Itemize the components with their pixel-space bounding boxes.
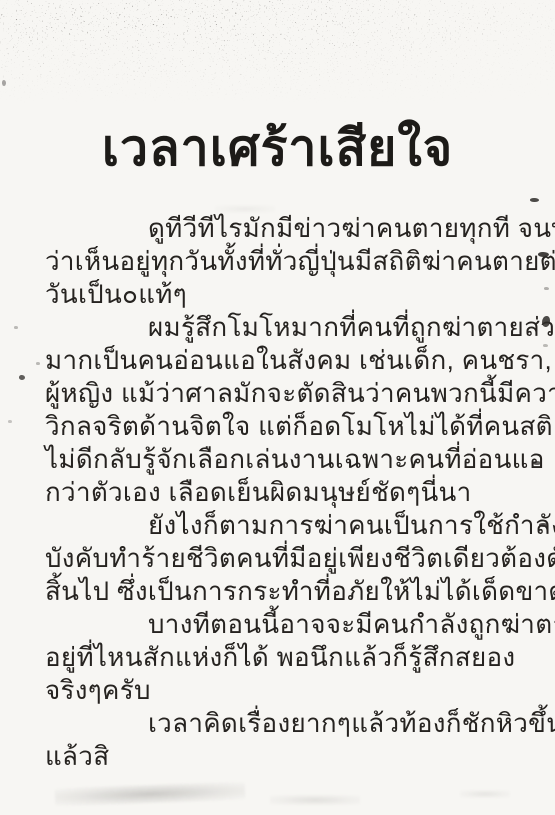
text-line: แล้วสิ	[45, 740, 515, 773]
text-line: เวลาคิดเรื่องยากๆแล้วท้องก็ชักหิวขึ้นมา	[45, 707, 515, 740]
paragraph: ยังไงก็ตามการฆ่าคนเป็นการใช้กำลัง บังคับ…	[45, 509, 515, 608]
text-line: บางทีตอนนี้อาจจะมีคนกำลังถูกฆ่าตาย	[45, 608, 515, 641]
text-line: วันเป็น๐แท้ๆ	[45, 278, 515, 311]
scan-speck	[544, 287, 549, 290]
scan-smudge	[270, 795, 360, 805]
scan-smudge	[460, 790, 510, 798]
scan-smudge	[55, 782, 246, 807]
text-line: บังคับทำร้ายชีวิตคนที่มีอยู่เพียงชีวิตเด…	[45, 542, 515, 575]
body-text-block: ดูทีวีทีไรมักมีข่าวฆ่าคนตายทุกที จนพูดได…	[45, 212, 515, 773]
scan-speck	[2, 80, 6, 86]
scanned-book-page: เวลาเศร้าเสียใจ ดูทีวีทีไรมักมีข่าวฆ่าคน…	[0, 0, 555, 815]
text-line: จริงๆครับ	[45, 674, 515, 707]
scan-speck	[530, 198, 539, 202]
scan-speck	[14, 326, 18, 329]
scan-speck	[36, 362, 40, 365]
scan-noise-texture	[0, 0, 555, 130]
paragraph: ดูทีวีทีไรมักมีข่าวฆ่าคนตายทุกที จนพูดได…	[45, 212, 515, 311]
paragraph: บางทีตอนนี้อาจจะมีคนกำลังถูกฆ่าตาย อยู่ท…	[45, 608, 515, 707]
scan-speck	[19, 375, 25, 380]
text-line: ยังไงก็ตามการฆ่าคนเป็นการใช้กำลัง	[45, 509, 515, 542]
text-line: อยู่ที่ไหนสักแห่งก็ได้ พอนึกแล้วก็รู้สึก…	[45, 641, 515, 674]
paragraph: ผมรู้สึกโมโหมากที่คนที่ถูกฆ่าตายส่วน มาก…	[45, 311, 515, 509]
text-line: กว่าตัวเอง เลือดเย็นผิดมนุษย์ชัดๆนี่นา	[45, 476, 515, 509]
text-line: ดูทีวีทีไรมักมีข่าวฆ่าคนตายทุกที จนพูดได…	[45, 212, 515, 245]
chapter-title: เวลาเศร้าเสียใจ	[0, 112, 555, 184]
scan-speck	[8, 420, 12, 423]
text-line: ไม่ดีกลับรู้จักเลือกเล่นงานเฉพาะคนที่อ่อ…	[45, 443, 515, 476]
paragraph: เวลาคิดเรื่องยากๆแล้วท้องก็ชักหิวขึ้นมา …	[45, 707, 515, 773]
text-line: ผมรู้สึกโมโหมากที่คนที่ถูกฆ่าตายส่วน	[45, 311, 515, 344]
text-line: สิ้นไป ซึ่งเป็นการกระทำที่อภัยให้ไม่ได้เ…	[45, 575, 515, 608]
text-line: วิกลจริตด้านจิตใจ แต่ก็อดโมโหไม่ได้ที่คน…	[45, 410, 515, 443]
text-line: ผู้หญิง แม้ว่าศาลมักจะตัดสินว่าคนพวกนี้ม…	[45, 377, 515, 410]
text-line: มากเป็นคนอ่อนแอในสังคม เช่นเด็ก, คนชรา,	[45, 344, 515, 377]
text-line: ว่าเห็นอยู่ทุกวันทั้งที่ทั่วญี่ปุ่นมีสถิ…	[45, 245, 515, 278]
